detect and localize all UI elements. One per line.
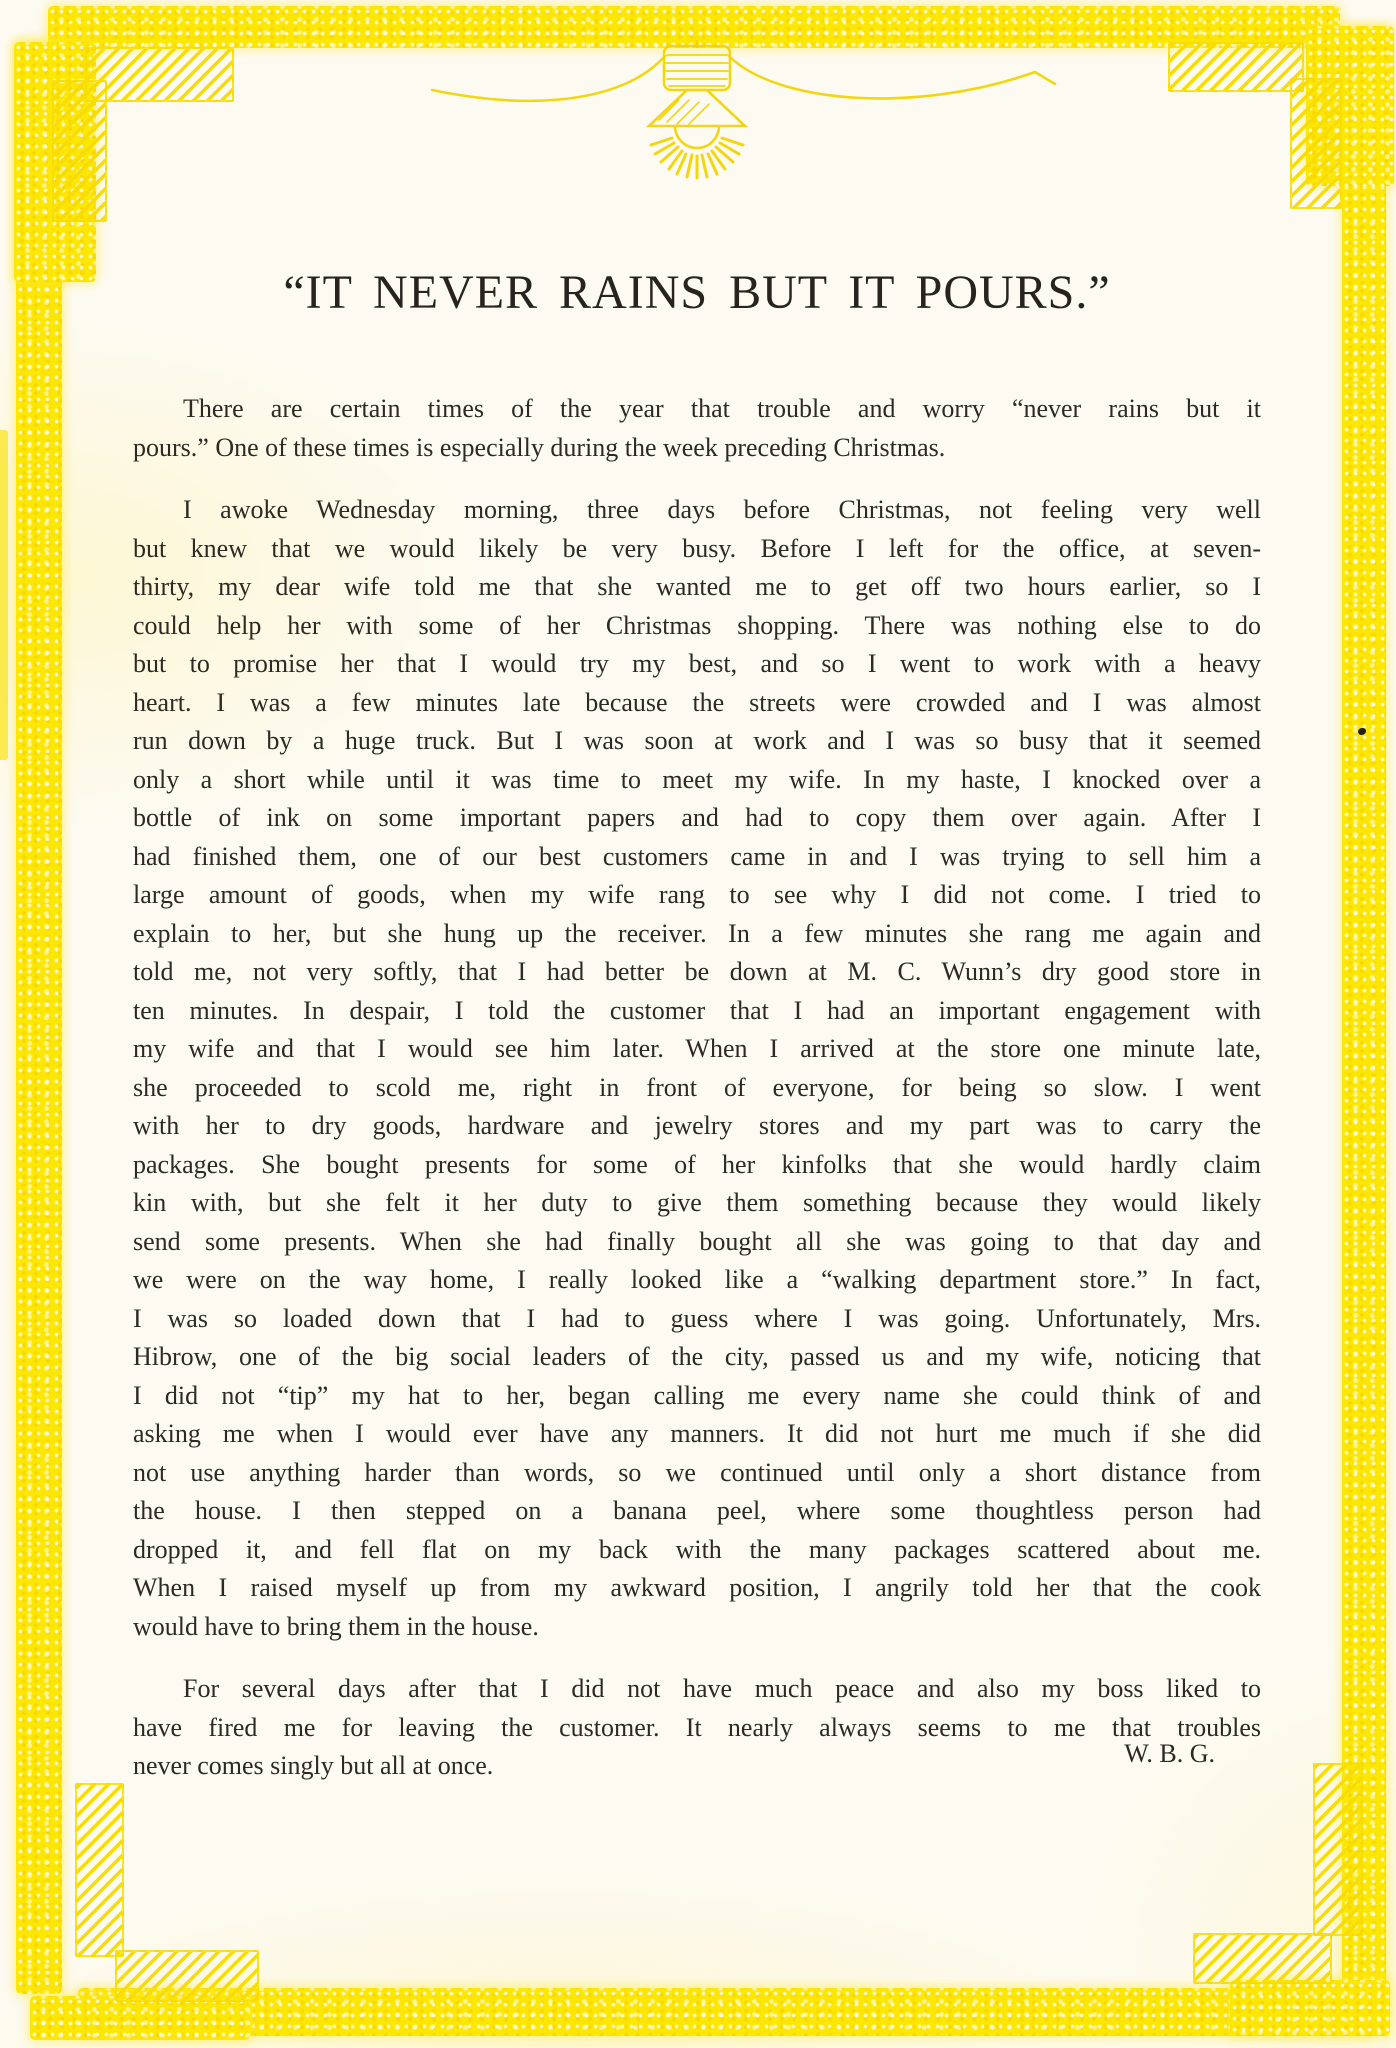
paragraph: For several days after that I did not ha… (133, 1670, 1261, 1786)
text-line: heart. I was a few minutes late because … (133, 684, 1261, 723)
text-line: my wife and that I would see him later. … (133, 1030, 1261, 1069)
corner-ribbon-bottom-right-vertical (1313, 1763, 1363, 1936)
document-content: “IT NEVER RAINS BUT IT POURS.” There are… (133, 270, 1261, 1786)
corner-ribbon-top-right-vertical (1290, 78, 1342, 209)
corner-ribbon-bottom-left-vertical (75, 1783, 124, 1957)
text-line: the house. I then stepped on a banana pe… (133, 1492, 1261, 1531)
text-line: pours.” One of these times is especially… (133, 429, 1261, 468)
corner-ribbon-bottom-left-horizontal (115, 1950, 259, 2002)
text-line: have fired me for leaving the customer. … (133, 1709, 1261, 1748)
scan-edge-artifact (0, 430, 8, 760)
text-line: packages. She bought presents for some o… (133, 1146, 1261, 1185)
text-line: run down by a huge truck. But I was soon… (133, 722, 1261, 761)
paragraph: There are certain times of the year that… (133, 390, 1261, 467)
author-signature: W. B. G. (1124, 1735, 1261, 1774)
text-line: not use anything harder than words, so w… (133, 1454, 1261, 1493)
corner-ribbon-bottom-right-horizontal (1193, 1933, 1332, 1984)
text-line: we were on the way home, I really looked… (133, 1261, 1261, 1300)
text-line: Hibrow, one of the big social leaders of… (133, 1338, 1261, 1377)
text-line: ten minutes. In despair, I told the cust… (133, 992, 1261, 1031)
text-line: but knew that we would likely be very bu… (133, 530, 1261, 569)
corner-ribbon-top-left-vertical (52, 80, 107, 222)
text-line-content: never comes singly but all at once. (133, 1747, 493, 1786)
text-line: told me, not very softly, that I had bet… (133, 953, 1261, 992)
border-corner-bottom-right (1230, 1980, 1390, 2036)
border-left (16, 42, 62, 1994)
text-line: large amount of goods, when my wife rang… (133, 876, 1261, 915)
corner-ribbon-top-right-horizontal (1168, 42, 1304, 92)
document-title: “IT NEVER RAINS BUT IT POURS.” (133, 270, 1261, 316)
paragraph: I awoke Wednesday morning, three days be… (133, 491, 1261, 1646)
text-line: There are certain times of the year that… (133, 390, 1261, 429)
text-line: with her to dry goods, hardware and jewe… (133, 1107, 1261, 1146)
text-line: would have to bring them in the house. (133, 1608, 1261, 1647)
border-corner-bottom-left (30, 1996, 250, 2040)
text-line: never comes singly but all at once.W. B.… (133, 1747, 1261, 1786)
text-line: I awoke Wednesday morning, three days be… (133, 491, 1261, 530)
text-line: For several days after that I did not ha… (133, 1670, 1261, 1709)
text-line: asking me when I would ever have any man… (133, 1415, 1261, 1454)
text-line: I did not “tip” my hat to her, began cal… (133, 1377, 1261, 1416)
text-line: dropped it, and fell flat on my back wit… (133, 1531, 1261, 1570)
text-line: thirty, my dear wife told me that she wa… (133, 568, 1261, 607)
text-line: send some presents. When she had finally… (133, 1223, 1261, 1262)
text-line: she proceeded to scold me, right in fron… (133, 1069, 1261, 1108)
border-right (1342, 28, 1386, 2012)
text-line: only a short while until it was time to … (133, 761, 1261, 800)
text-line: had finished them, one of our best custo… (133, 838, 1261, 877)
text-line: bottle of ink on some important papers a… (133, 799, 1261, 838)
text-line: kin with, but she felt it her duty to gi… (133, 1184, 1261, 1223)
corner-ribbon-top-left-horizontal (85, 47, 234, 102)
text-line: but to promise her that I would try my b… (133, 645, 1261, 684)
text-line: I was so loaded down that I had to guess… (133, 1300, 1261, 1339)
text-line: could help her with some of her Christma… (133, 607, 1261, 646)
border-bottom (78, 1988, 1370, 2036)
hanging-lamp-icon (337, 40, 1057, 190)
document-body: There are certain times of the year that… (133, 390, 1261, 1786)
text-line: When I raised myself up from my awkward … (133, 1569, 1261, 1608)
text-line: explain to her, but she hung up the rece… (133, 915, 1261, 954)
scanned-page: “IT NEVER RAINS BUT IT POURS.” There are… (0, 0, 1396, 2048)
